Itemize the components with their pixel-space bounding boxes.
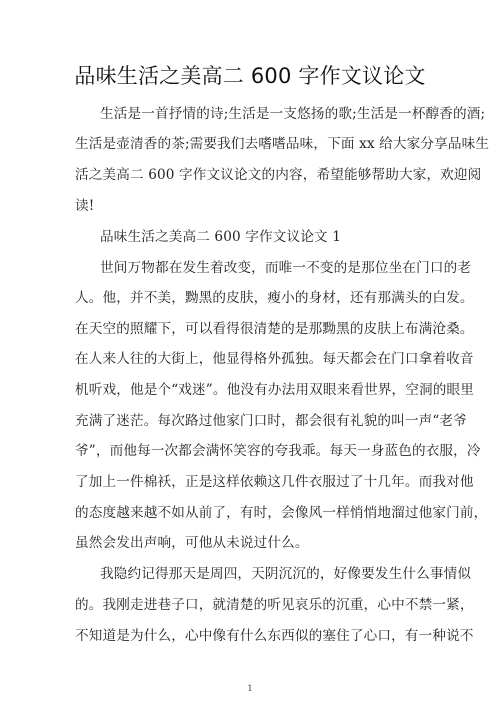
paragraph-line: 充满了迷茫。每次路过他家门口时，都会很有礼貌的叫一声“老爷 <box>75 412 427 430</box>
section-heading: 品味生活之美高二 600 字作文议论文 1 <box>100 228 427 246</box>
paragraph-line: 机听戏，他是个“戏迷”。他没有办法用双眼来看世界，空洞的眼里 <box>75 381 427 399</box>
paragraph-line: 了加上一件棉袄，正是这样依赖这几件衣服过了十几年。而我对他 <box>75 473 427 491</box>
paragraph-line: 不知道是为什么，心中像有什么东西似的塞住了心口，有一种说不 <box>75 627 427 645</box>
paragraph-line: 在人来人往的大街上，他显得格外孤独。每天都会在门口拿着收音 <box>75 350 427 368</box>
paragraph-line: 我隐约记得那天是周四，天阴沉沉的，好像要发生什么事情似 <box>100 565 427 583</box>
paragraph-line: 的。我刚走进巷子口，就清楚的听见哀乐的沉重，心中不禁一紧， <box>75 596 427 614</box>
intro-line: 生活是壶清香的茶;需要我们去嗜嗜品味，下面 xx 给大家分享品味生 <box>75 135 427 153</box>
paragraph-line: 人。他，并不美，黝黑的皮肤，瘦小的身材，还有那满头的白发。 <box>75 289 427 307</box>
paragraph-line: 虽然会发出声响，可他从未说过什么。 <box>75 534 427 552</box>
document-title: 品味生活之美高二 600 字作文议论文 <box>0 60 500 90</box>
paragraph-line: 在天空的照耀下，可以看得很清楚的是那黝黑的皮肤上布满沧桑。 <box>75 320 427 338</box>
intro-line: 生活是一首抒情的诗;生活是一支悠扬的歌;生活是一杯醇香的酒; <box>100 105 427 123</box>
intro-line: 读! <box>75 197 427 215</box>
intro-line: 活之美高二 600 字作文议论文的内容，希望能够帮助大家，欢迎阅 <box>75 166 427 184</box>
page-number: 1 <box>0 684 500 693</box>
paragraph-line: 爷”，而他每一次都会满怀笑容的夸我乖。每天一身蓝色的衣服，冷 <box>75 442 427 460</box>
document-page: 品味生活之美高二 600 字作文议论文 生活是一首抒情的诗;生活是一支悠扬的歌;… <box>0 0 500 707</box>
paragraph-line: 的态度越来越不如从前了，有时，会像风一样悄悄地溜过他家门前， <box>75 504 427 522</box>
paragraph-line: 世间万物都在发生着改变，而唯一不变的是那位坐在门口的老 <box>100 259 427 277</box>
